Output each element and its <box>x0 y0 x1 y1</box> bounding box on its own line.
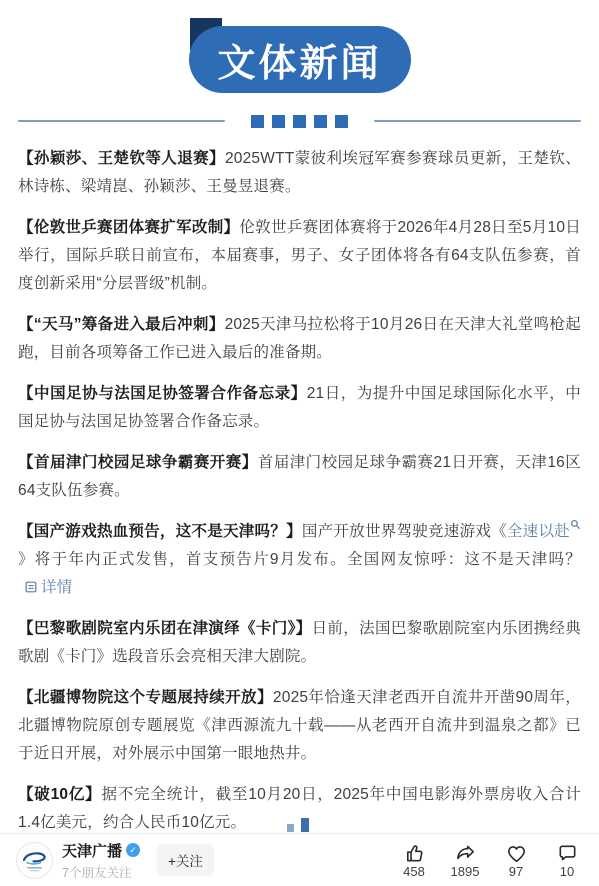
post-footer-bar: 天津广播 ✓ 7个朋友关注 +关注 45818959710 <box>0 833 599 886</box>
news-item: 【破10亿】据不完全统计，截至10月20日，2025年中国电影海外票房收入合计1… <box>18 781 581 837</box>
article-icon <box>24 580 38 594</box>
action-bar: 45818959710 <box>398 842 583 879</box>
news-item: 【孙颖莎、王楚钦等人退赛】2025WTT蒙彼利埃冠军赛参赛球员更新，王楚钦、林诗… <box>18 145 581 201</box>
followers-note: 7个朋友关注 <box>62 863 140 881</box>
title-pill: 文体新闻 <box>189 26 411 93</box>
action-count: 1895 <box>451 865 480 879</box>
verified-badge-icon: ✓ <box>126 843 140 857</box>
share-action[interactable]: 1895 <box>449 842 481 879</box>
thumbs-up-action[interactable]: 458 <box>398 842 430 879</box>
thumbs-up-icon <box>403 842 426 865</box>
news-item-text: 据不完全统计，截至10月20日，2025年中国电影海外票房收入合计1.4亿美元，… <box>18 786 581 831</box>
heart-action[interactable]: 97 <box>500 842 532 879</box>
action-count: 97 <box>509 865 523 879</box>
divider-line-right <box>374 120 581 122</box>
news-item: 【首届津门校园足球争霸赛开赛】首届津门校园足球争霸赛21日开赛，天津16区64支… <box>18 449 581 505</box>
action-count: 458 <box>403 865 425 879</box>
news-item: 【国产游戏热血预告，这不是天津吗？】国产开放世界驾驶竞速游戏《全速以赴》将于年内… <box>18 518 581 602</box>
action-count: 10 <box>560 865 574 879</box>
divider-square <box>293 115 306 128</box>
news-item-tag: 【“天马”筹备进入最后冲刺】 <box>18 316 225 333</box>
follow-button[interactable]: +关注 <box>157 844 214 876</box>
news-item: 【伦敦世乒赛团体赛扩军改制】伦敦世乒赛团体赛将于2026年4月28日至5月10日… <box>18 214 581 298</box>
divider-square <box>251 115 264 128</box>
detail-link[interactable]: 详情 <box>24 579 72 596</box>
partial-divider-square <box>287 824 294 832</box>
news-item-tag: 【孙颖莎、王楚钦等人退赛】 <box>18 150 225 167</box>
broadcaster-logo-icon <box>20 846 49 875</box>
divider-squares <box>251 115 348 128</box>
news-item-tag: 【伦敦世乒赛团体赛扩军改制】 <box>18 219 239 236</box>
account-name[interactable]: 天津广播 <box>62 840 122 861</box>
news-item-tag: 【破10亿】 <box>18 786 101 803</box>
news-list: 【孙颖莎、王楚钦等人退赛】2025WTT蒙彼利埃冠军赛参赛球员更新，王楚钦、林诗… <box>0 145 599 837</box>
news-item-tag: 【中国足协与法国足协签署合作备忘录】 <box>18 385 307 402</box>
heart-icon <box>505 842 528 865</box>
divider-square <box>272 115 285 128</box>
page-title: 文体新闻 <box>217 32 381 87</box>
news-item: 【北疆博物院这个专题展持续开放】2025年恰逢天津老西开自流井开凿90周年，北疆… <box>18 684 581 768</box>
news-item: 【中国足协与法国足协签署合作备忘录】21日，为提升中国足球国际化水平，中国足协与… <box>18 380 581 436</box>
news-item-tag: 【巴黎歌剧院室内乐团在津演绎《卡门》】 <box>18 620 312 637</box>
squares-divider <box>0 114 599 128</box>
news-item-tag: 【首届津门校园足球争霸赛开赛】 <box>18 454 258 471</box>
comment-icon <box>556 842 579 865</box>
divider-line-left <box>18 120 225 122</box>
account-avatar[interactable] <box>16 842 53 879</box>
search-sup-icon <box>570 519 581 530</box>
game-title-link[interactable]: 全速以赴 <box>507 523 581 540</box>
account-info: 天津广播 ✓ 7个朋友关注 <box>62 840 140 881</box>
divider-square <box>314 115 327 128</box>
comment-action[interactable]: 10 <box>551 842 583 879</box>
news-item: 【巴黎歌剧院室内乐团在津演绎《卡门》】日前，法国巴黎歌剧院室内乐团携经典歌剧《卡… <box>18 615 581 671</box>
news-item-tag: 【国产游戏热血预告，这不是天津吗？】 <box>18 523 302 540</box>
news-item: 【“天马”筹备进入最后冲刺】2025天津马拉松将于10月26日在天津大礼堂鸣枪起… <box>18 311 581 367</box>
news-item-text: 》将于年内正式发售，首支预告片9月发布。全国网友惊呼：这不是天津吗？ <box>18 551 581 568</box>
news-header: 文体新闻 <box>189 26 411 93</box>
share-icon <box>454 842 477 865</box>
divider-square <box>335 115 348 128</box>
news-item-tag: 【北疆博物院这个专题展持续开放】 <box>18 689 273 706</box>
partial-divider-square <box>301 818 309 832</box>
news-item-text: 国产开放世界驾驶竞速游戏《 <box>302 523 507 540</box>
